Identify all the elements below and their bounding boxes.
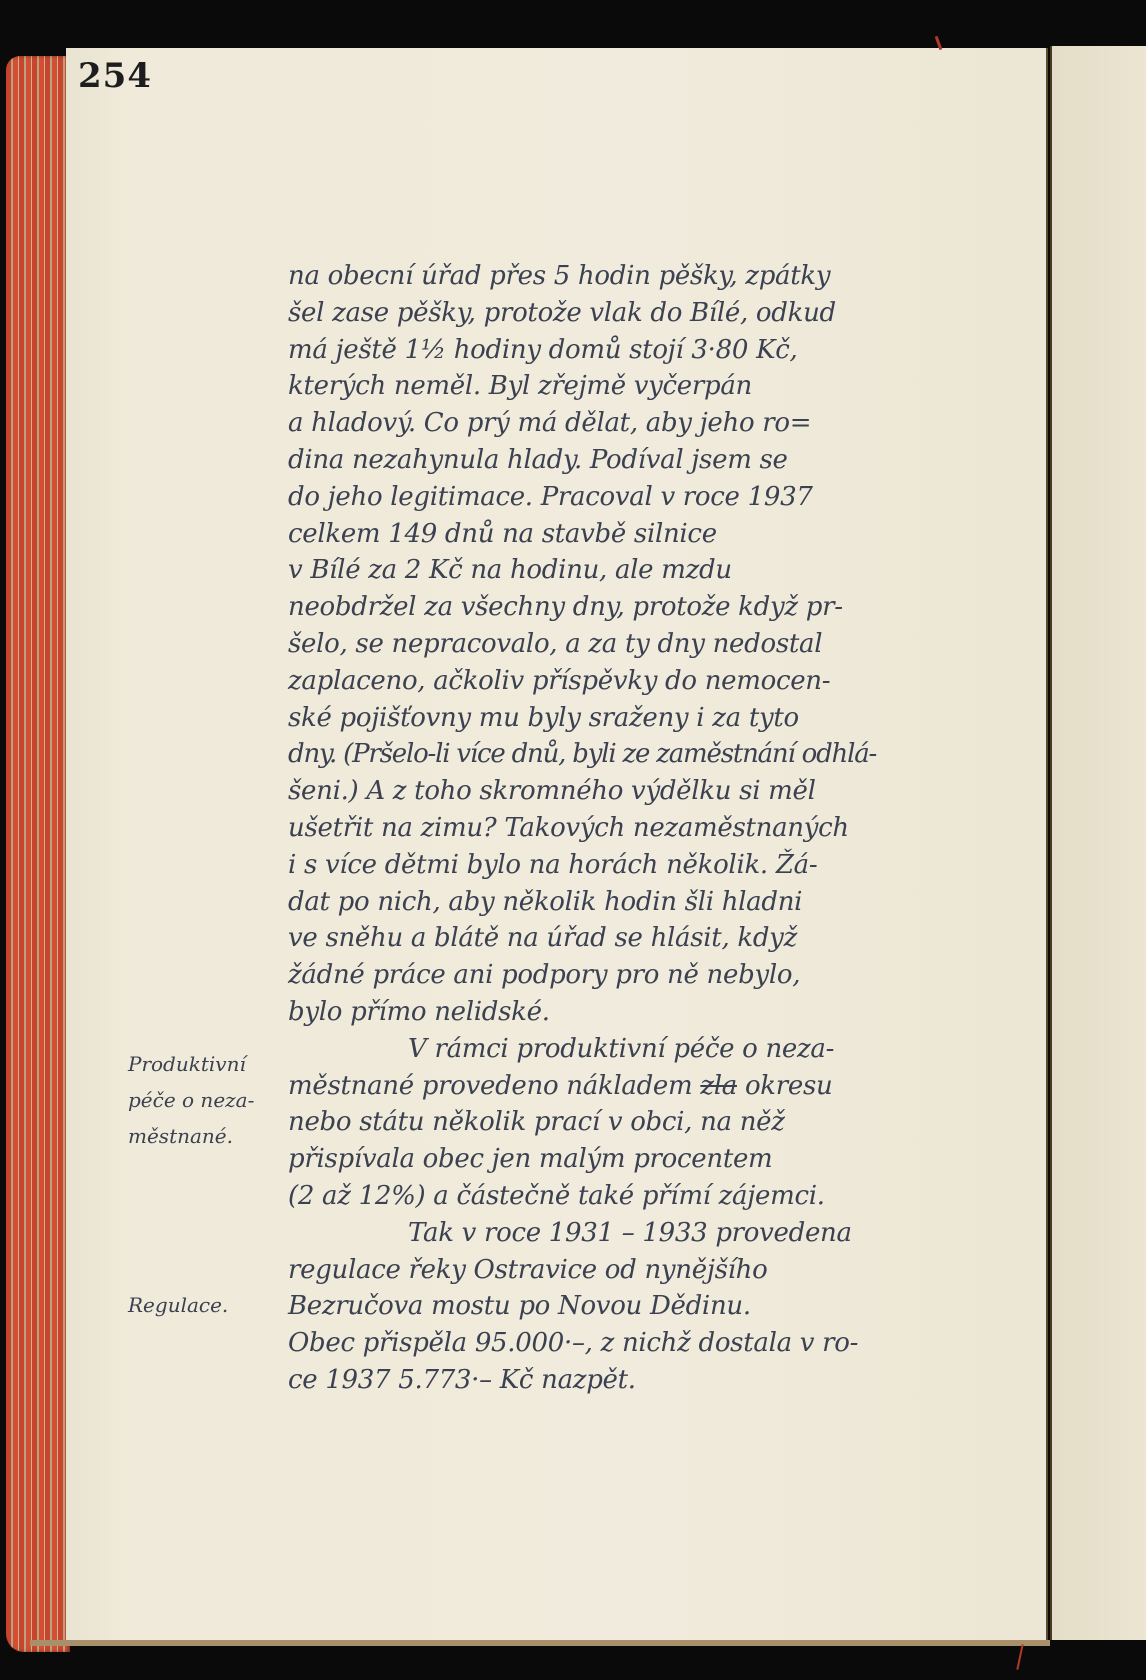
- margin-note-line: Produktivní: [128, 1046, 278, 1082]
- productive-care-line: (2 až 12%) a částečně také přímí zájemci…: [288, 1178, 938, 1215]
- text-fragment: městnané provedeno nákladem: [288, 1071, 692, 1101]
- text-line: šel zase pěšky, protože vlak do Bílé, od…: [288, 295, 938, 332]
- text-fragment: okresu: [745, 1071, 833, 1101]
- text-line: šeni.) A z toho skromného výdělku si měl: [288, 773, 938, 810]
- text-line: šelo, se nepracovalo, a za ty dny nedost…: [288, 626, 938, 663]
- page-number: 254: [78, 56, 152, 96]
- text-line: má ještě 1½ hodiny domů stojí 3·80 Kč,: [288, 332, 938, 369]
- book-page-edges: [6, 56, 70, 1652]
- struck-word: zla: [700, 1071, 737, 1101]
- productive-care-line: V rámci produktivní péče o neza-: [288, 1031, 938, 1068]
- facing-page-edge: [1050, 46, 1146, 1640]
- text-line: dny. (Pršelo-li více dnů, byli ze zaměst…: [288, 736, 938, 773]
- productive-care-line: přispívala obec jen malým procentem: [288, 1141, 938, 1178]
- margin-note-line: Regulace.: [128, 1287, 278, 1323]
- regulation-line: Tak v roce 1931 – 1933 provedena: [288, 1215, 938, 1252]
- margin-note-productive-care: Produktivní péče o neza- městnané.: [128, 1046, 278, 1154]
- text-line: dina nezahynula hlady. Podíval jsem se: [288, 442, 938, 479]
- margin-note-regulation: Regulace.: [128, 1287, 278, 1323]
- handwritten-body: na obecní úřad přes 5 hodin pěšky, zpátk…: [288, 258, 938, 1399]
- text-line: i s více dětmi bylo na horách několik. Ž…: [288, 847, 938, 884]
- text-line: ve sněhu a blátě na úřad se hlásit, když: [288, 920, 938, 957]
- text-line: bylo přímo nelidské.: [288, 994, 938, 1031]
- text-line: žádné práce ani podpory pro ně nebylo,: [288, 957, 938, 994]
- regulation-line: Obec přispěla 95.000·–, z nichž dostala …: [288, 1325, 938, 1362]
- text-line: celkem 149 dnů na stavbě silnice: [288, 516, 938, 553]
- bookmark-ribbon-bottom: [1016, 1644, 1023, 1670]
- text-line: na obecní úřad přes 5 hodin pěšky, zpátk…: [288, 258, 938, 295]
- productive-care-line: městnané provedeno nákladem zla okresu: [288, 1068, 938, 1105]
- margin-note-line: péče o neza-: [128, 1082, 278, 1118]
- text-line: zaplaceno, ačkoliv příspěvky do nemocen-: [288, 663, 938, 700]
- text-line: neobdržel za všechny dny, protože když p…: [288, 589, 938, 626]
- text-line: do jeho legitimace. Pracoval v roce 1937: [288, 479, 938, 516]
- text-line: a hladový. Co prý má dělat, aby jeho ro=: [288, 405, 938, 442]
- text-line: kterých neměl. Byl zřejmě vyčerpán: [288, 368, 938, 405]
- regulation-line: regulace řeky Ostravice od nynějšího: [288, 1252, 938, 1289]
- page-bottom-edge: [30, 1640, 1050, 1646]
- productive-care-line: nebo státu několik prací v obci, na něž: [288, 1104, 938, 1141]
- margin-note-line: městnané.: [128, 1118, 278, 1154]
- text-line: dat po nich, aby několik hodin šli hladn…: [288, 884, 938, 921]
- regulation-line: ce 1937 5.773·– Kč nazpět.: [288, 1362, 938, 1399]
- text-line: ušetřit na zimu? Takových nezaměstnaných: [288, 810, 938, 847]
- text-line: ské pojišťovny mu byly sraženy i za tyto: [288, 700, 938, 737]
- regulation-line: Bezručova mostu po Novou Dědinu.: [288, 1288, 938, 1325]
- text-line: v Bílé za 2 Kč na hodinu, ale mzdu: [288, 552, 938, 589]
